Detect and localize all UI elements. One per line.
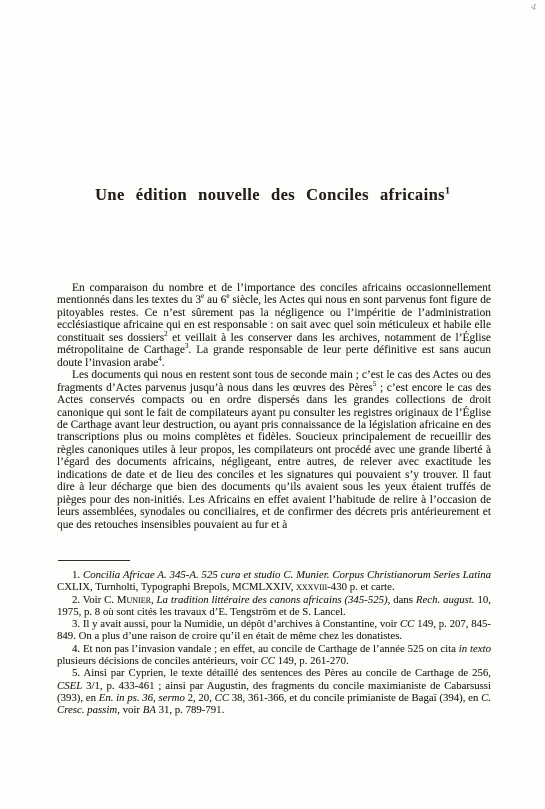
body-text: En comparaison du nombre et de l’importa… bbox=[57, 282, 491, 531]
footnote: 3. Il y avait aussi, pour la Numidie, un… bbox=[57, 618, 491, 643]
text-run: Munier bbox=[117, 594, 151, 606]
footnote-separator bbox=[58, 560, 130, 561]
text-run: in texto bbox=[459, 643, 491, 655]
text-run: -430 p. et carte. bbox=[327, 581, 394, 593]
text-run: CXLIX, Turnholti, Typographi Brepols, MC… bbox=[57, 581, 296, 593]
paragraph: Les documents qui nous en restent sont t… bbox=[57, 369, 491, 531]
text-run: 4. Et non pas l’invasion vandale ; en ef… bbox=[72, 643, 459, 655]
text-run: 5. Ainsi par Cyprien, le texte détaillé … bbox=[72, 667, 491, 679]
text-run: CC bbox=[215, 692, 229, 704]
text-run: CC bbox=[261, 655, 275, 667]
text-run: BA bbox=[143, 704, 156, 716]
text-run: , voir bbox=[117, 704, 143, 716]
footnote: 2. Voir C. Munier, La tradition littérai… bbox=[57, 594, 491, 619]
text-run: CSEL bbox=[57, 680, 82, 692]
text-run: La tradition littéraire des canons afric… bbox=[157, 594, 388, 606]
article-title-text: Une édition nouvelle des Conciles africa… bbox=[95, 185, 445, 204]
text-run: Rech. august. bbox=[416, 594, 475, 606]
footnote: 4. Et non pas l’invasion vandale ; en ef… bbox=[57, 643, 491, 668]
title-footnote-ref: 1 bbox=[445, 186, 450, 197]
article-title: Une édition nouvelle des Conciles africa… bbox=[0, 185, 545, 205]
footnote: 1. Concilia Africae A. 345-A. 525 cura e… bbox=[57, 569, 491, 594]
paragraph: En comparaison du nombre et de l’importa… bbox=[57, 282, 491, 369]
scanned-page: 4 Une édition nouvelle des Conciles afri… bbox=[0, 0, 545, 809]
corner-mark: 4 bbox=[530, 2, 537, 14]
text-run: au 6 bbox=[204, 294, 226, 306]
text-run: 149, p. 261-270. bbox=[275, 655, 349, 667]
text-run: 1. bbox=[72, 569, 83, 581]
text-run: 2, 20, bbox=[185, 692, 215, 704]
text-run: CC bbox=[400, 618, 414, 630]
footnote: 5. Ainsi par Cyprien, le texte détaillé … bbox=[57, 667, 491, 716]
text-run: plusieurs décisions de conciles antérieu… bbox=[57, 655, 261, 667]
text-run: . bbox=[162, 357, 165, 369]
text-run: 31, p. 789-791. bbox=[156, 704, 224, 716]
text-run: En. in ps. 36, sermo bbox=[99, 692, 185, 704]
text-run: Concilia Africae A. 345-A. 525 cura et s… bbox=[83, 569, 491, 581]
text-run: , dans bbox=[388, 594, 416, 606]
text-run: xxxviii bbox=[296, 581, 327, 593]
footnotes-section: 1. Concilia Africae A. 345-A. 525 cura e… bbox=[57, 569, 491, 717]
text-run: 38, 361-366, et du concile primianiste d… bbox=[229, 692, 481, 704]
text-run: ; c’est encore le cas des Actes conservé… bbox=[57, 382, 491, 531]
text-run: 2. Voir C. bbox=[72, 594, 117, 606]
text-run: 3. Il y avait aussi, pour la Numidie, un… bbox=[72, 618, 400, 630]
